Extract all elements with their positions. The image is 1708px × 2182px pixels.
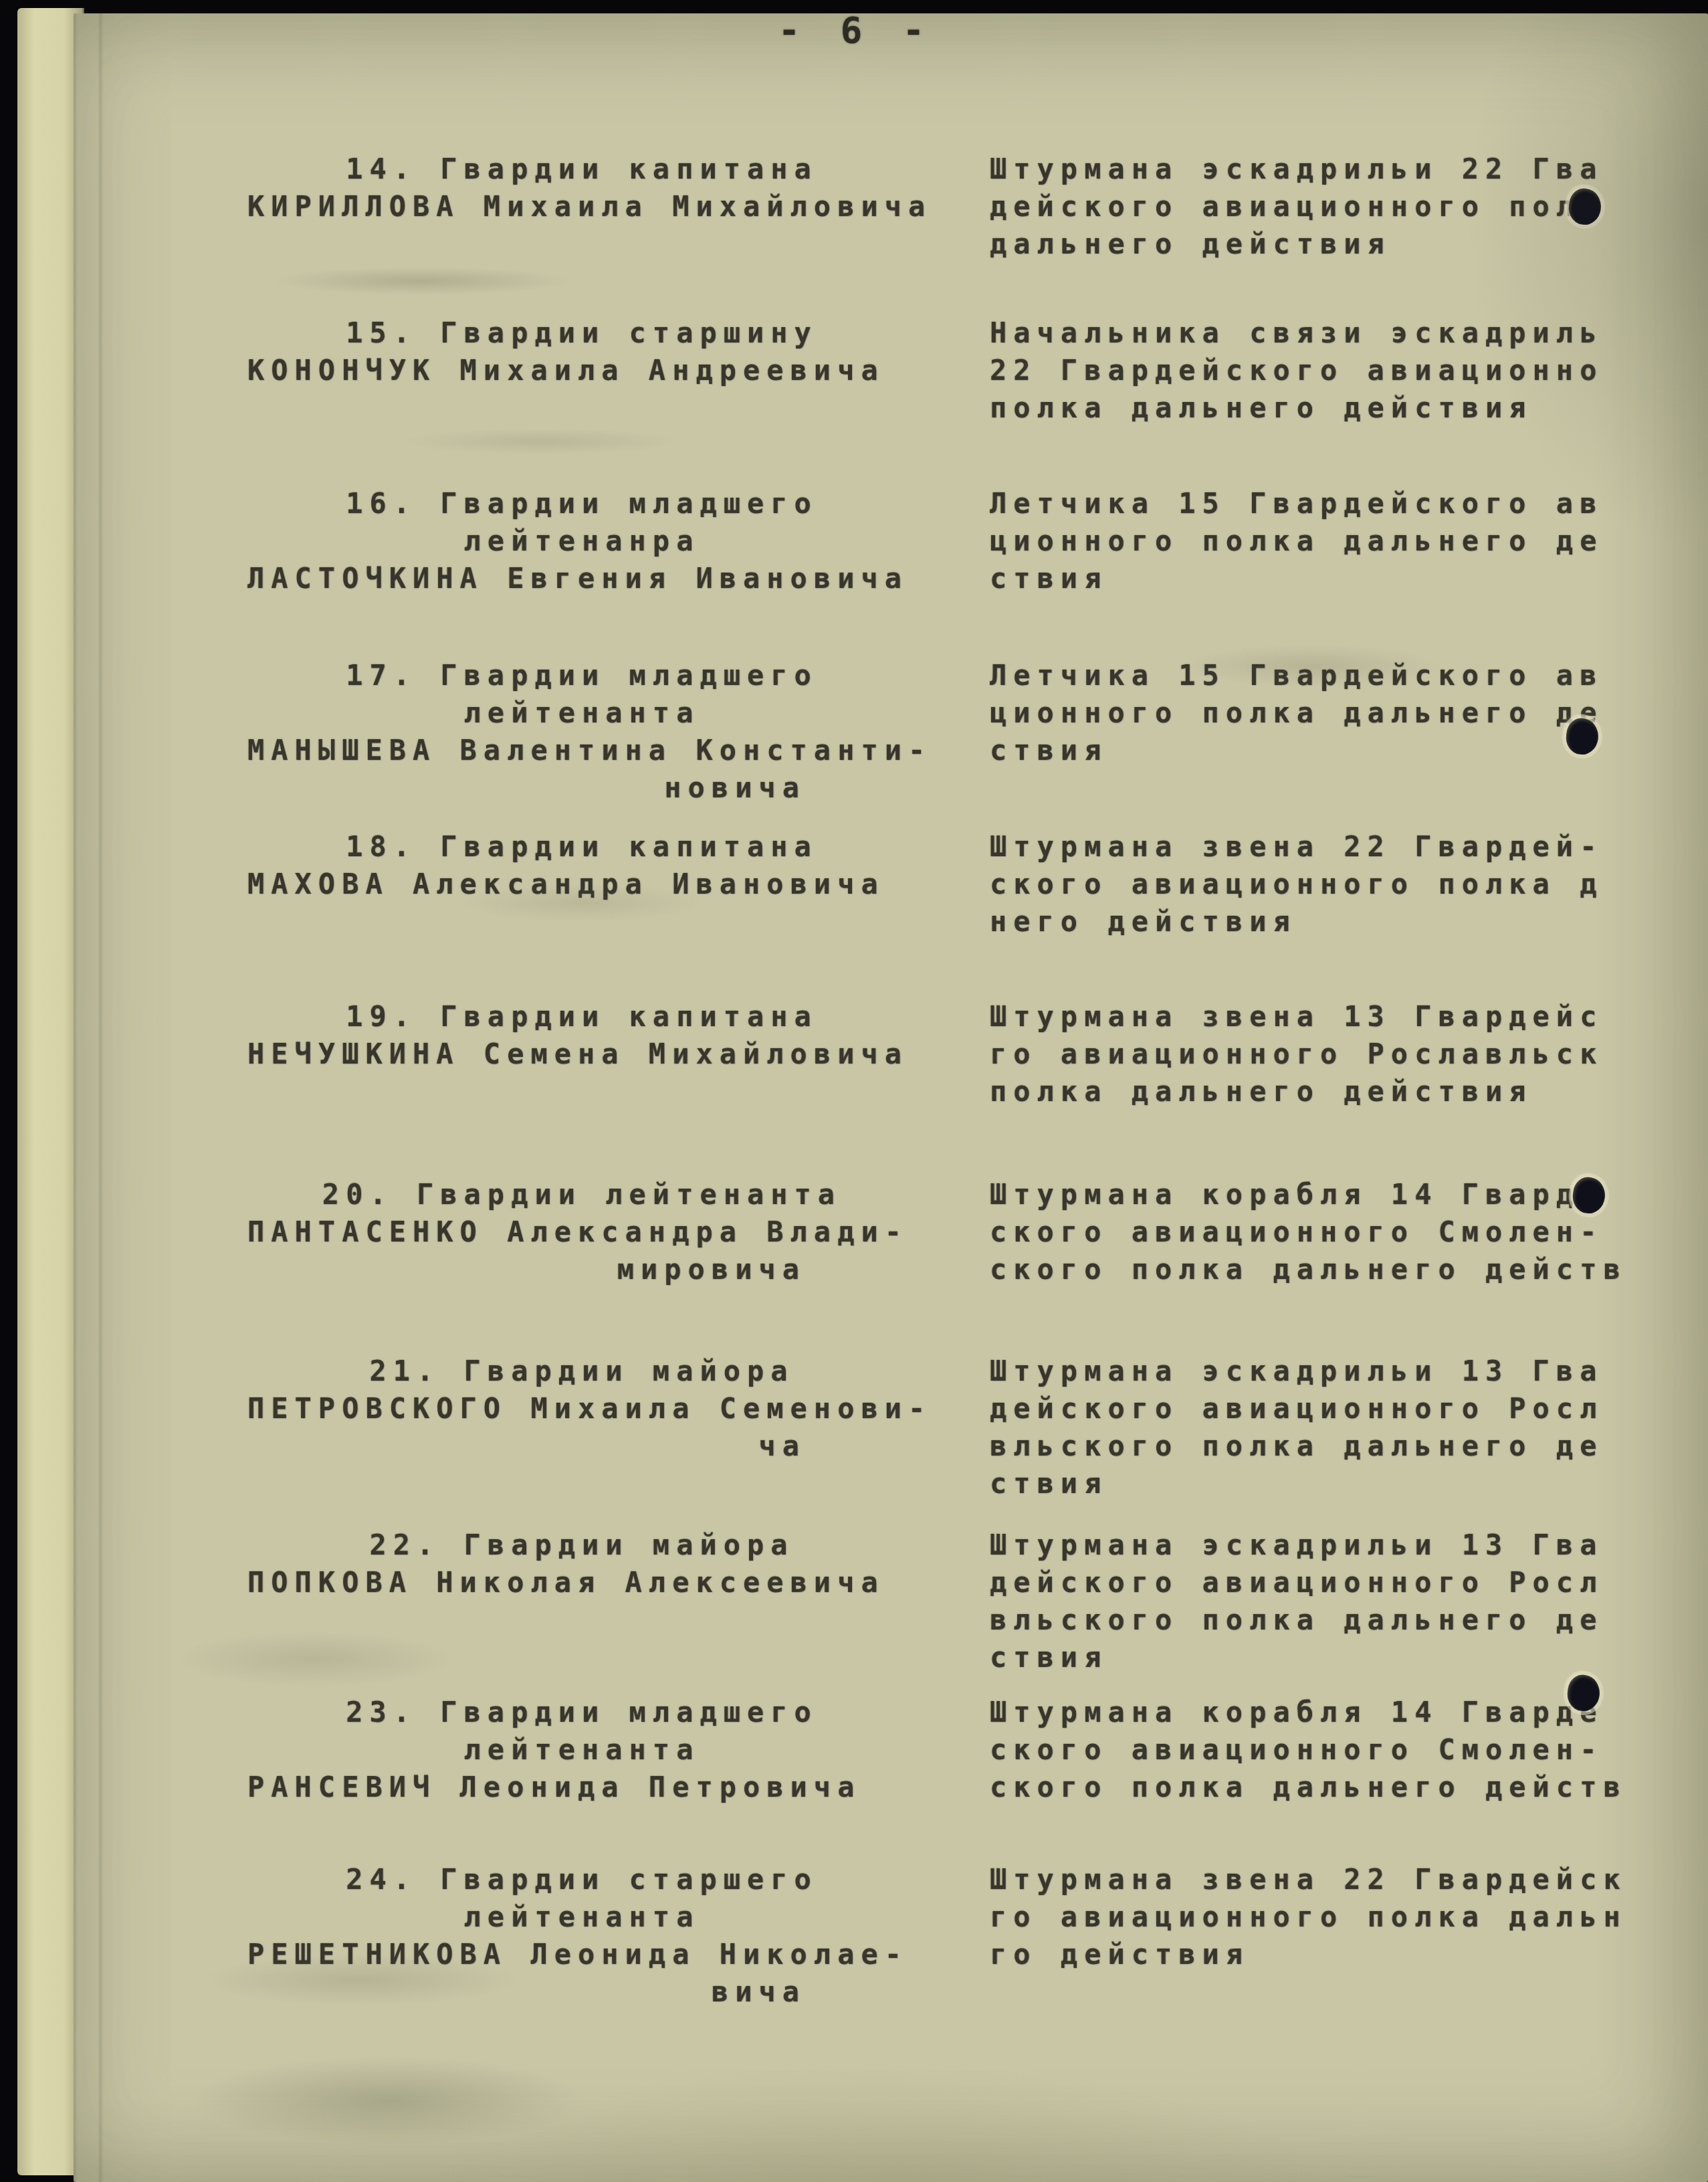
entry-name-column: 23. Гвардии младшеголейтенантаРАНСЕВИЧ Л… [247, 1694, 916, 1806]
entry-left-line: ПЕТРОВСКОГО Михаила Семенови- [247, 1390, 916, 1427]
entry-left-line: 21. Гвардии майора [247, 1353, 916, 1390]
entry-right-line: Штурмана эскадрильи 22 Гва [990, 151, 1708, 188]
entry-right-line: Штурмана звена 13 Гвардейс [990, 998, 1708, 1035]
entry-left-line: 16. Гвардии младшего [247, 485, 916, 522]
entry-position-column: Штурмана звена 22 Гвардейскго авиационно… [990, 1861, 1708, 1973]
entry-left-line: ПОПКОВА Николая Алексеевича [247, 1564, 916, 1601]
entry-right-line: дальнего действия [990, 225, 1708, 263]
entry-right-line: го авиационного полка дальн [990, 1898, 1708, 1936]
entry-position-column: Штурмана эскадрильи 13 Гвадейского авиац… [990, 1526, 1708, 1676]
entry-position-column: Штурмана звена 13 Гвардейсго авиационног… [990, 998, 1708, 1110]
entry-right-line: 22 Гвардейского авиационно [990, 352, 1708, 389]
entry-right-line: Штурмана эскадрильи 13 Гва [990, 1526, 1708, 1564]
entry-right-line: Летчика 15 Гвардейского ав [990, 657, 1708, 694]
entry-left-line: вича [247, 1973, 916, 2011]
entry-right-line: Штурмана звена 22 Гвардей- [990, 828, 1708, 866]
entry-left-line: 15. Гвардии старшину [247, 314, 916, 352]
entry-name-column: 16. Гвардии младшеголейтенанраЛАСТОЧКИНА… [247, 485, 916, 597]
entry-left-line: 19. Гвардии капитана [247, 998, 916, 1035]
entry-right-line: ствия [990, 1465, 1708, 1502]
entry-position-column: Штурмана эскадрильи 13 Гвадейского авиац… [990, 1353, 1708, 1502]
entry-left-line: РАНСЕВИЧ Леонида Петровича [247, 1769, 916, 1806]
entry-left-line: лейтенанта [247, 1898, 916, 1936]
entry-name-column: 24. Гвардии старшеголейтенантаРЕШЕТНИКОВ… [247, 1861, 916, 2011]
entry-right-line: Штурмана звена 22 Гвардейск [990, 1861, 1708, 1898]
entry-position-column: Летчика 15 Гвардейского авционного полка… [990, 657, 1708, 769]
entry-right-line: ского авиационного Смолен- [990, 1213, 1708, 1251]
entry-right-line: ского авиационного полка д [990, 866, 1708, 903]
entry-name-column: 14. Гвардии капитанаКИРИЛЛОВА Михаила Ми… [247, 151, 916, 225]
entry-left-line: лейтенанта [247, 694, 916, 732]
entry-left-line: МАХОВА Александра Ивановича [247, 866, 916, 903]
entry-name-column: 21. Гвардии майораПЕТРОВСКОГО Михаила Се… [247, 1353, 916, 1465]
entry-right-line: него действия [990, 903, 1708, 940]
entry-right-line: полка дальнего действия [990, 1073, 1708, 1110]
entry-name-column: 18. Гвардии капитанаМАХОВА Александра Ив… [247, 828, 916, 903]
entry-right-line: полка дальнего действия [990, 389, 1708, 427]
entry-right-line: ствия [990, 560, 1708, 597]
entry-left-line: ча [247, 1427, 916, 1465]
entry-left-line: 17. Гвардии младшего [247, 657, 916, 694]
entry-right-line: Летчика 15 Гвардейского ав [990, 485, 1708, 522]
entry-right-line: Начальника связи эскадриль [990, 314, 1708, 352]
entry-left-line: КОНОНЧУК Михаила Андреевича [247, 352, 916, 389]
entry-left-line: ПАНТАСЕНКО Александра Влади- [247, 1213, 916, 1251]
entry-name-column: 17. Гвардии младшеголейтенантаМАНЫШЕВА В… [247, 657, 916, 807]
entry-name-column: 22. Гвардии майораПОПКОВА Николая Алексе… [247, 1526, 916, 1601]
entry-right-line: Штурмана эскадрильи 13 Гва [990, 1353, 1708, 1390]
entry-left-line: новича [247, 769, 916, 807]
entry-position-column: Штурмана корабля 14 Гвардеского авиацион… [990, 1694, 1708, 1806]
entry-left-line: НЕЧУШКИНА Семена Михайловича [247, 1035, 916, 1073]
entry-right-line: ционного полка дальнего де [990, 522, 1708, 560]
entry-position-column: Начальника связи эскадриль22 Гвардейског… [990, 314, 1708, 427]
entries: 14. Гвардии капитанаКИРИЛЛОВА Михаила Ми… [74, 13, 1708, 2182]
entry-left-line: 18. Гвардии капитана [247, 828, 916, 866]
entry-left-line: 23. Гвардии младшего [247, 1694, 916, 1731]
entry-position-column: Летчика 15 Гвардейского авционного полка… [990, 485, 1708, 597]
entry-name-column: 20. Гвардии лейтенантаПАНТАСЕНКО Алексан… [247, 1176, 916, 1288]
document-scan: - 6 - 14. Гвардии капитанаКИРИЛЛОВА Миха… [0, 0, 1708, 2182]
entry-left-line: КИРИЛЛОВА Михаила Михайловича [247, 188, 916, 225]
entry-right-line: ского полка дальнего действ [990, 1251, 1708, 1288]
paper-page: - 6 - 14. Гвардии капитанаКИРИЛЛОВА Миха… [74, 13, 1708, 2182]
entry-left-line: 24. Гвардии старшего [247, 1861, 916, 1898]
entry-left-line: ЛАСТОЧКИНА Евгения Ивановича [247, 560, 916, 597]
entry-left-line: 20. Гвардии лейтенанта [247, 1176, 916, 1213]
entry-left-line: мировича [247, 1251, 916, 1288]
entry-left-line: РЕШЕТНИКОВА Леонида Николае- [247, 1936, 916, 1973]
entry-name-column: 15. Гвардии старшинуКОНОНЧУК Михаила Анд… [247, 314, 916, 389]
entry-right-line: вльского полка дальнего де [990, 1601, 1708, 1639]
entry-left-line: лейтенанра [247, 522, 916, 560]
entry-left-line: МАНЫШЕВА Валентина Константи- [247, 732, 916, 769]
entry-right-line: дейского авиационного Росл [990, 1390, 1708, 1427]
entry-right-line: ского полка дальнего действ [990, 1769, 1708, 1806]
entry-right-line: Штурмана корабля 14 Гварде [990, 1694, 1708, 1731]
entry-left-line: лейтенанта [247, 1731, 916, 1769]
entry-left-line: 22. Гвардии майора [247, 1526, 916, 1564]
entry-right-line: го действия [990, 1936, 1708, 1973]
entry-right-line: го авиационного Рославльск [990, 1035, 1708, 1073]
entry-right-line: вльского полка дальнего де [990, 1427, 1708, 1465]
entry-right-line: ционного полка дальнего де [990, 694, 1708, 732]
entry-right-line: ского авиационного Смолен- [990, 1731, 1708, 1769]
entry-right-line: ствия [990, 732, 1708, 769]
entry-right-line: дейского авиационного Росл [990, 1564, 1708, 1601]
entry-left-line: 14. Гвардии капитана [247, 151, 916, 188]
entry-position-column: Штурмана звена 22 Гвардей-ского авиацион… [990, 828, 1708, 940]
entry-name-column: 19. Гвардии капитанаНЕЧУШКИНА Семена Мих… [247, 998, 916, 1073]
entry-right-line: ствия [990, 1639, 1708, 1676]
